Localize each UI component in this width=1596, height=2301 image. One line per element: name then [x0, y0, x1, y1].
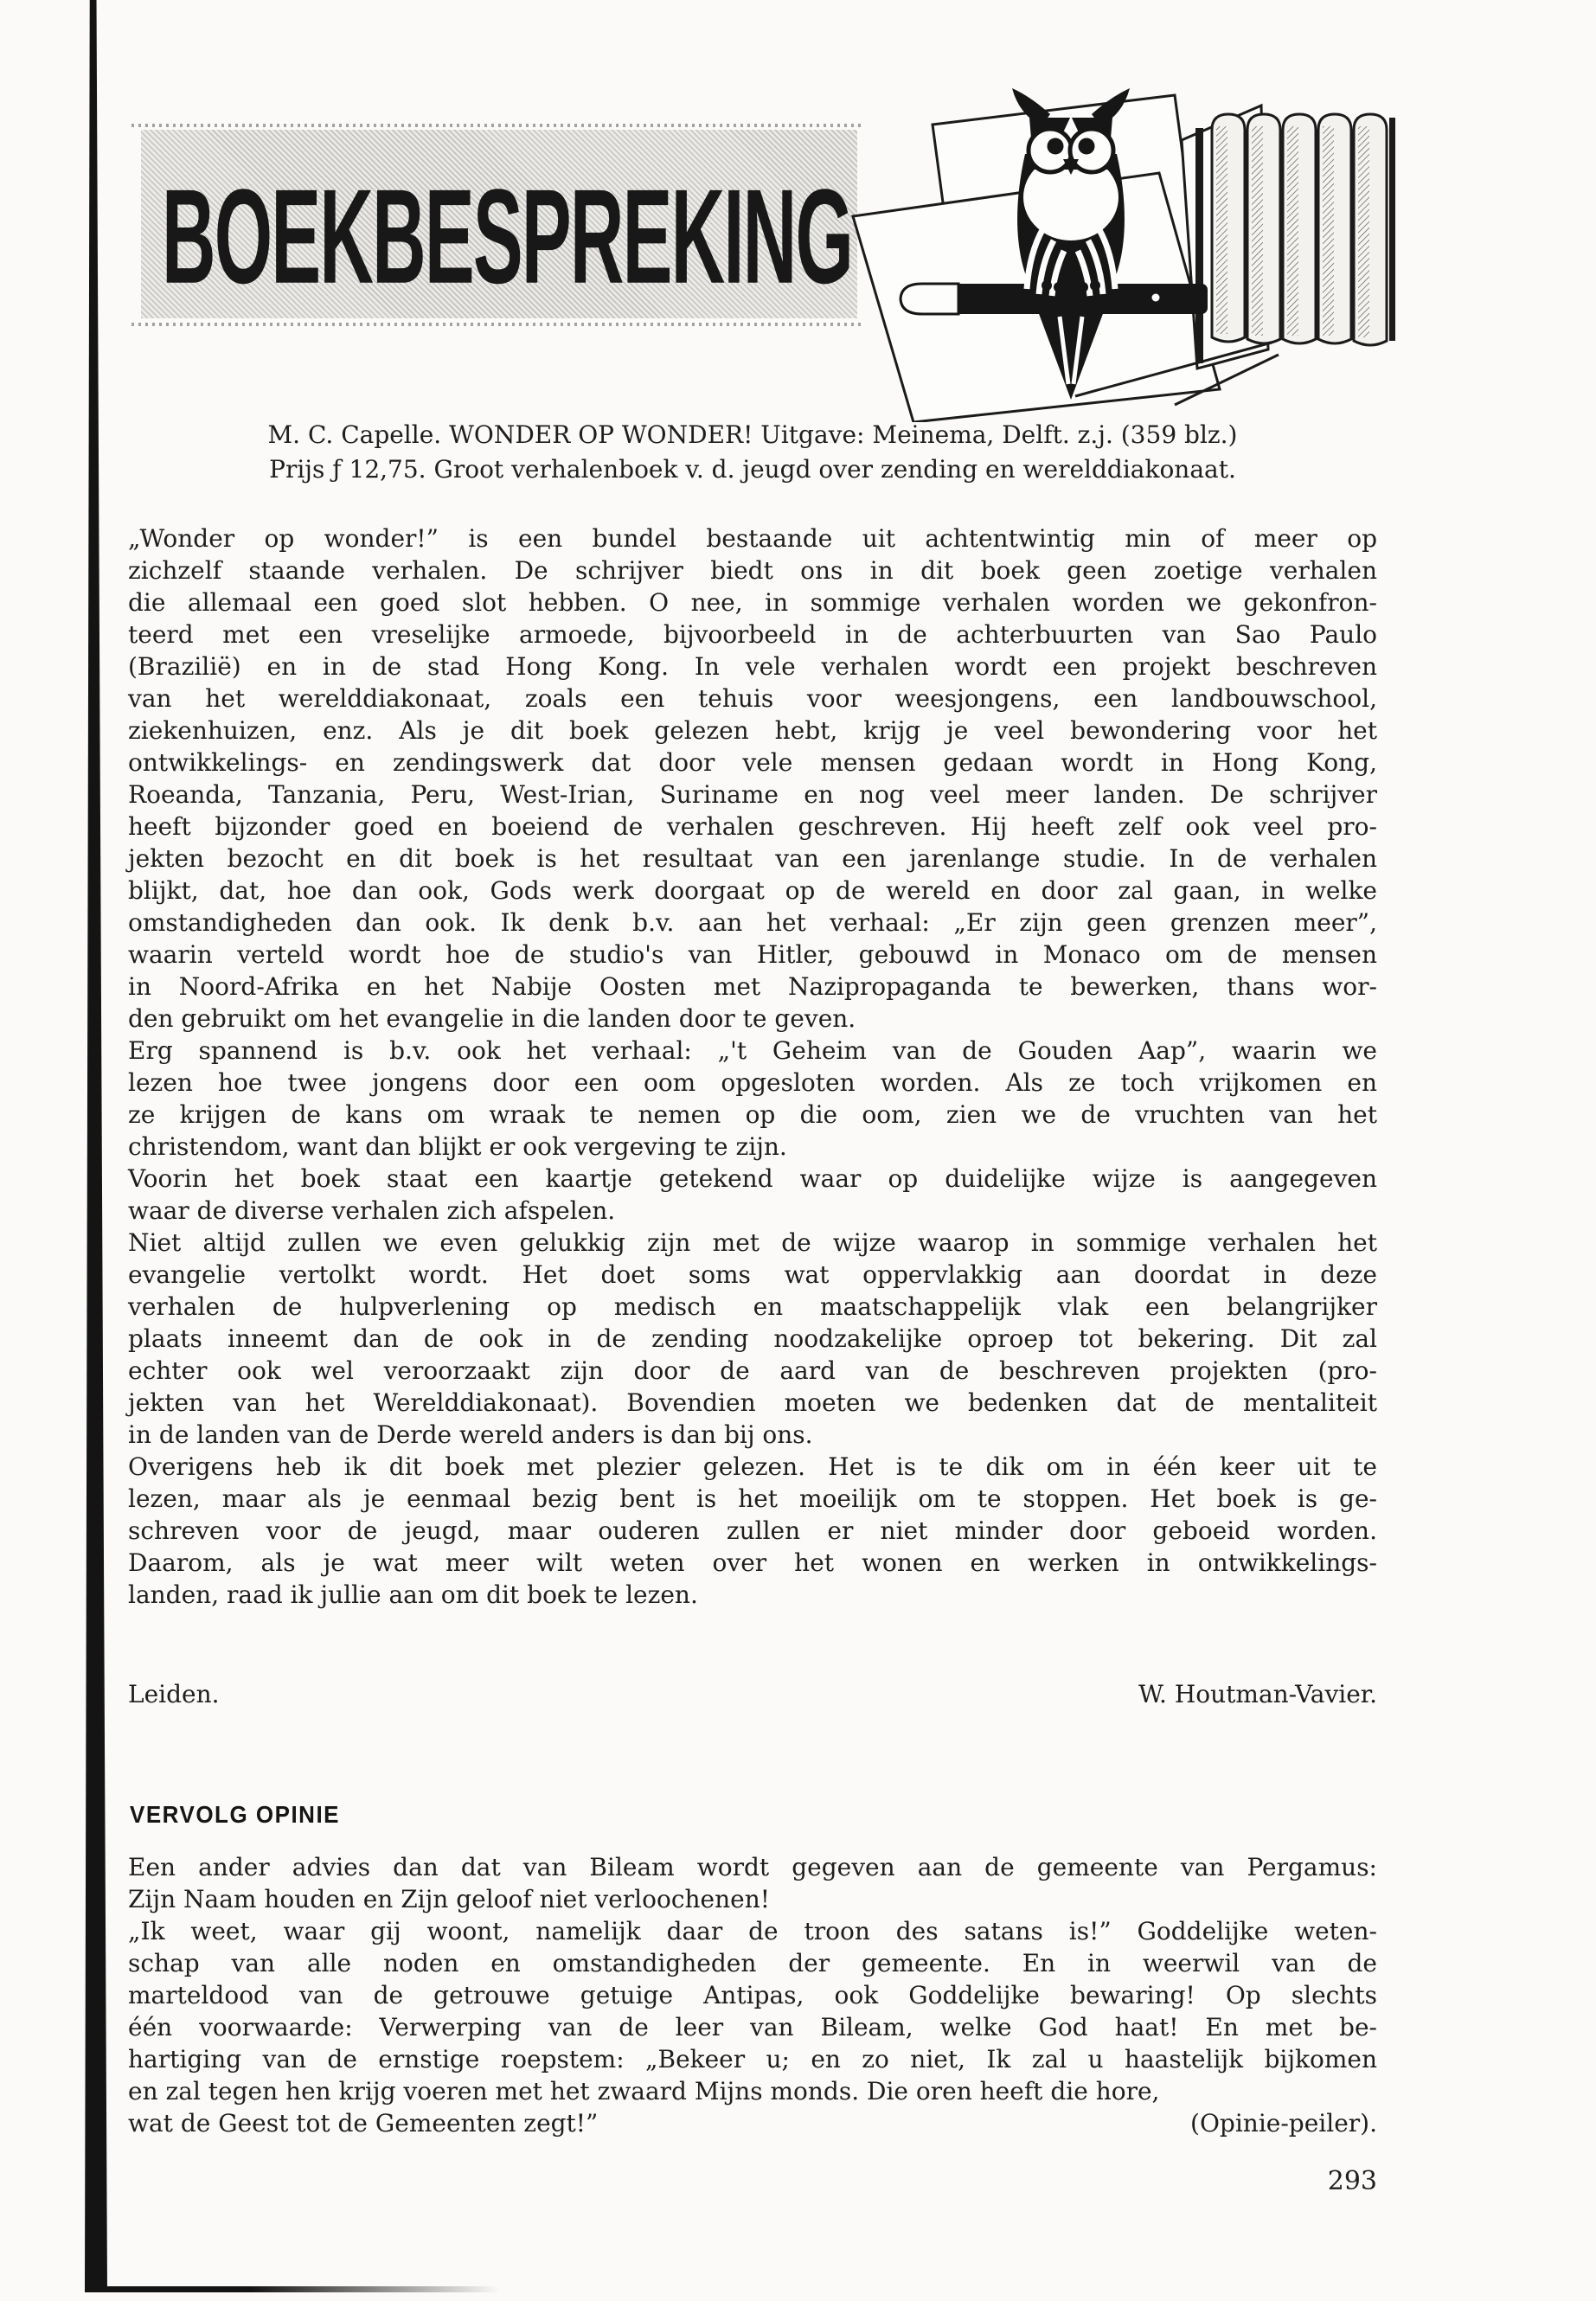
text-line: „Ik weet, waar gij woont, namelijk daar … — [128, 1915, 1377, 1947]
opinie-closing-line: wat de Geest tot de Gemeenten zegt!” (Op… — [128, 2107, 1377, 2139]
text-line: echter ook wel veroorzaakt zijn door de … — [128, 1355, 1377, 1387]
text-line: en zal tegen hen krijg voeren met het zw… — [128, 2075, 1377, 2107]
text-line: heeft bijzonder goed en boeiend de verha… — [128, 811, 1377, 843]
text-line: ziekenhuizen, enz. Als je dit boek gelez… — [128, 715, 1377, 747]
text-line: Zijn Naam houden en Zijn geloof niet ver… — [128, 1883, 1377, 1915]
banner-dotted-edge — [131, 124, 863, 127]
scanned-page: BOEKBESPREKING — [0, 0, 1596, 2301]
text-line: hartiging van de ernstige roepstem: „Bek… — [128, 2043, 1377, 2075]
signature-place: Leiden. — [128, 1680, 220, 1708]
text-line: evangelie vertolkt wordt. Het doet soms … — [128, 1259, 1377, 1291]
vervolg-opinie-heading: VERVOLG OPINIE — [130, 1801, 340, 1830]
closing-line-attribution: (Opinie-peiler). — [1190, 2107, 1377, 2139]
text-line: Een ander advies dan dat van Bileam word… — [128, 1851, 1377, 1883]
text-line: in Noord-Afrika en het Nabije Oosten met… — [128, 971, 1377, 1003]
text-line: marteldood van de getrouwe getuige Antip… — [128, 1979, 1377, 2011]
text-line: Roeanda, Tanzania, Peru, West-Irian, Sur… — [128, 779, 1377, 811]
text-line: waar de diverse verhalen zich afspelen. — [128, 1195, 1377, 1227]
text-line: die allemaal een goed slot hebben. O nee… — [128, 586, 1377, 619]
opinie-body: Een ander advies dan dat van Bileam word… — [128, 1851, 1377, 2139]
closing-line-text: wat de Geest tot de Gemeenten zegt!” — [128, 2107, 598, 2139]
text-line: landen, raad ik jullie aan om dit boek t… — [128, 1579, 1377, 1611]
text-line: in de landen van de Derde wereld anders … — [128, 1419, 1377, 1451]
text-line: „Wonder op wonder!” is een bundel bestaa… — [128, 522, 1377, 554]
text-line: jekten van het Werelddiakonaat). Bovendi… — [128, 1387, 1377, 1419]
text-line: schreven voor de jeugd, maar ouderen zul… — [128, 1515, 1377, 1547]
text-line: omstandigheden dan ook. Ik denk b.v. aan… — [128, 907, 1377, 939]
binding-edge-line — [85, 0, 107, 2292]
text-line: lezen, maar als je eenmaal bezig bent is… — [128, 1483, 1377, 1515]
text-line: (Brazilië) en in de stad Hong Kong. In v… — [128, 651, 1377, 683]
text-line: verhalen de hulpverlening op medisch en … — [128, 1291, 1377, 1323]
citation-line: Prijs ƒ 12,75. Groot verhalenboek v. d. … — [128, 452, 1377, 487]
text-line: plaats inneemt dan de ook in de zending … — [128, 1323, 1377, 1355]
text-line: teerd met een vreselijke armoede, bijvoo… — [128, 619, 1377, 651]
text-line: ontwikkelings- en zendingswerk dat door … — [128, 747, 1377, 779]
text-line: Niet altijd zullen we even gelukkig zijn… — [128, 1227, 1377, 1259]
text-line: Daarom, als je wat meer wilt weten over … — [128, 1547, 1377, 1579]
signature-author: W. Houtman-Vavier. — [1138, 1680, 1377, 1708]
text-line: christendom, want dan blijkt er ook verg… — [128, 1131, 1377, 1163]
owl-books-illustration — [811, 45, 1419, 422]
text-line: ze krijgen de kans om wraak te nemen op … — [128, 1099, 1377, 1131]
banner-dotted-edge — [131, 323, 863, 326]
text-line: waarin verteld wordt hoe de studio's van… — [128, 939, 1377, 971]
text-line: zichzelf staande verhalen. De schrijver … — [128, 554, 1377, 586]
text-line: Voorin het boek staat een kaartje geteke… — [128, 1163, 1377, 1195]
text-line: Overigens heb ik dit boek met plezier ge… — [128, 1451, 1377, 1483]
section-title: BOEKBESPREKING — [162, 170, 852, 304]
text-line: den gebruikt om het evangelie in die lan… — [128, 1003, 1377, 1035]
text-line: lezen hoe twee jongens door een oom opge… — [128, 1067, 1377, 1099]
text-line: schap van alle noden en omstandigheden d… — [128, 1947, 1377, 1979]
text-line: van het werelddiakonaat, zoals een tehui… — [128, 683, 1377, 715]
text-line: Erg spannend is b.v. ook het verhaal: „'… — [128, 1035, 1377, 1067]
review-body: „Wonder op wonder!” is een bundel bestaa… — [128, 522, 1377, 1611]
section-banner: BOEKBESPREKING — [141, 130, 857, 318]
binding-bottom-line — [85, 2286, 500, 2292]
book-citation: M. C. Capelle. WONDER OP WONDER! Uitgave… — [128, 418, 1377, 487]
page-number: 293 — [128, 2166, 1377, 2196]
text-line: één voorwaarde: Verwerping van de leer v… — [128, 2011, 1377, 2043]
text-line: blijkt, dat, hoe dan ook, Gods werk door… — [128, 875, 1377, 907]
text-line: jekten bezocht en dit boek is het result… — [128, 843, 1377, 875]
signature-row: Leiden. W. Houtman-Vavier. — [128, 1680, 1377, 1708]
citation-line: M. C. Capelle. WONDER OP WONDER! Uitgave… — [128, 418, 1377, 452]
